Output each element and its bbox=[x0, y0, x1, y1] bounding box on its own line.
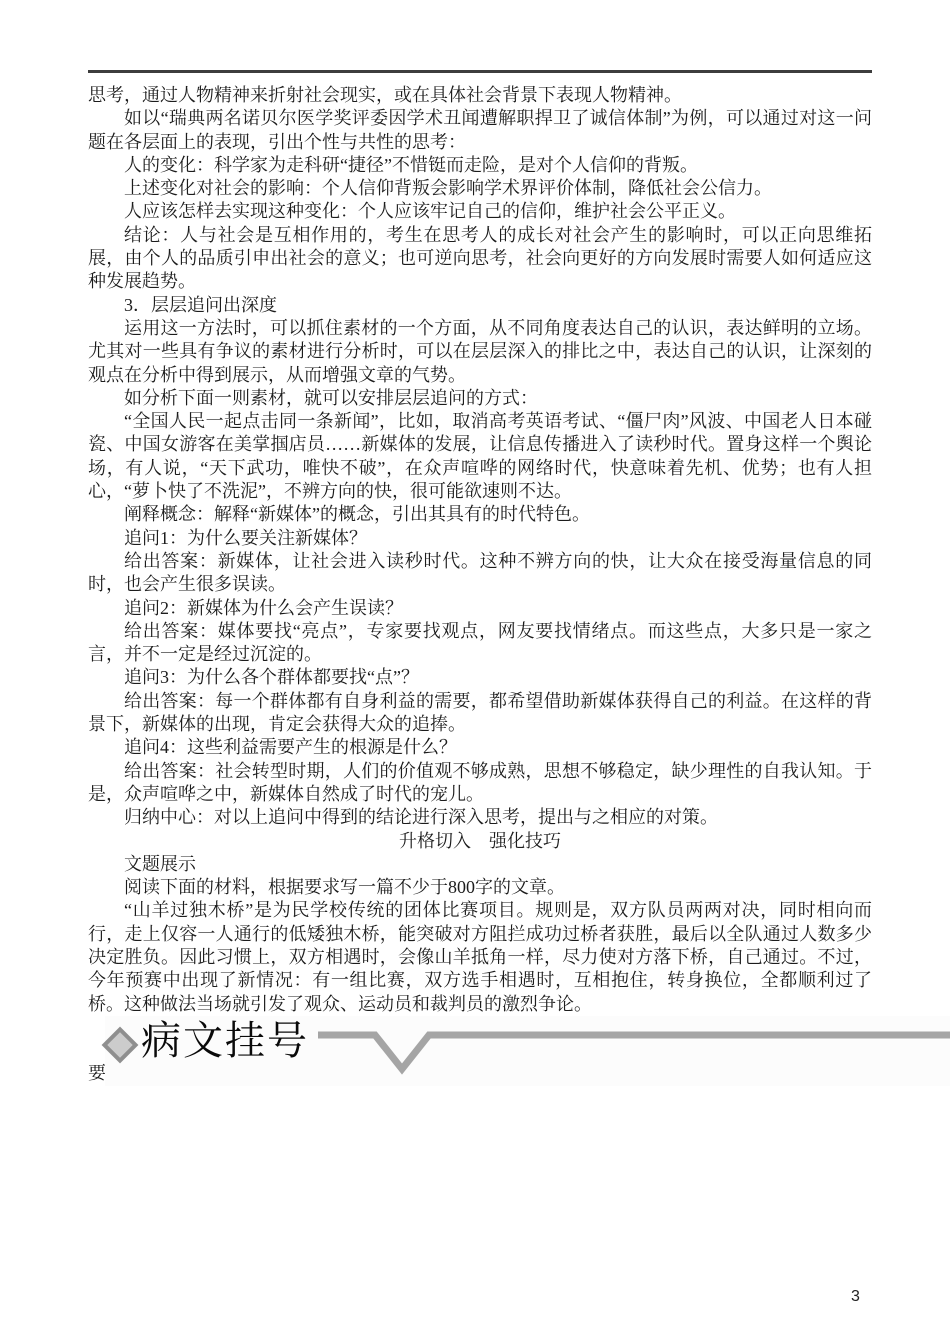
paragraph: 如分析下面一则素材，就可以安排层层追问的方式： bbox=[88, 387, 872, 410]
paragraph: 追问4：这些利益需要产生的根源是什么？ bbox=[88, 736, 872, 759]
paragraph: 人应该怎样去实现这种变化：个人应该牢记自己的信仰，维护社会公平正义。 bbox=[88, 200, 872, 223]
paragraph: 追问2：新媒体为什么会产生误读？ bbox=[88, 597, 872, 620]
page-number: 3 bbox=[851, 1288, 860, 1306]
section-banner: 病文挂号 bbox=[105, 1016, 950, 1086]
document-page: 思考，通过人物精神来折射社会现实，或在具体社会背景下表现人物精神。 如以“瑞典两… bbox=[0, 0, 950, 1344]
paragraph: 追问1：为什么要关注新媒体？ bbox=[88, 527, 872, 550]
paragraph: “山羊过独木桥”是为民学校传统的团体比赛项目。规则是，双方队员两两对决，同时相向… bbox=[88, 899, 872, 1015]
paragraph: 阅读下面的材料，根据要求写一篇不少于800字的文章。 bbox=[88, 876, 872, 899]
paragraph: 追问3：为什么各个群体都要找“点”？ bbox=[88, 666, 872, 689]
section-heading: 升格切入 强化技巧 bbox=[88, 830, 872, 853]
paragraph: 阐释概念：解释“新媒体”的概念，引出其具有的时代特色。 bbox=[88, 503, 872, 526]
banner-zigzag-rule bbox=[318, 1026, 950, 1082]
paragraph: 思考，通过人物精神来折射社会现实，或在具体社会背景下表现人物精神。 bbox=[88, 84, 872, 107]
paragraph: 给出答案：新媒体，让社会进入读秒时代。这种不辨方向的快，让大众在接受海量信息的同… bbox=[88, 550, 872, 597]
paragraph: 给出答案：社会转型时期，人们的价值观不够成熟，思想不够稳定，缺少理性的自我认知。… bbox=[88, 760, 872, 807]
header-rule bbox=[88, 70, 872, 73]
banner-title: 病文挂号 bbox=[141, 1016, 309, 1066]
paragraph: 上述变化对社会的影响：个人信仰背叛会影响学术界评价体制，降低社会公信力。 bbox=[88, 177, 872, 200]
subsection-title: 文题展示 bbox=[88, 853, 872, 876]
paragraph: 结论：人与社会是互相作用的，考生在思考人的成长对社会产生的影响时，可以正向思维拓… bbox=[88, 224, 872, 294]
paragraph: 人的变化：科学家为走科研“捷径”不惜铤而走险，是对个人信仰的背叛。 bbox=[88, 154, 872, 177]
paragraph: 如以“瑞典两名诺贝尔医学奖评委因学术丑闻遭解职捍卫了诚信体制”为例，可以通过对这… bbox=[88, 107, 872, 154]
diamond-icon bbox=[102, 1027, 139, 1064]
document-body: 思考，通过人物精神来折射社会现实，或在具体社会背景下表现人物精神。 如以“瑞典两… bbox=[88, 84, 872, 1086]
paragraph: 归纳中心：对以上追问中得到的结论进行深入思考，提出与之相应的对策。 bbox=[88, 806, 872, 829]
paragraph: 给出答案：媒体要找“亮点”，专家要找观点，网友要找情绪点。而这些点，大多只是一家… bbox=[88, 620, 872, 667]
paragraph: 给出答案：每一个群体都有自身利益的需要，都希望借助新媒体获得自己的利益。在这样的… bbox=[88, 690, 872, 737]
paragraph: “全国人民一起点击同一条新闻”，比如，取消高考英语考试、“僵尸肉”风波、中国老人… bbox=[88, 410, 872, 503]
method-heading: 3．层层追问出深度 bbox=[88, 294, 872, 317]
paragraph: 运用这一方法时，可以抓住素材的一个方面，从不同角度表达自己的认识，表达鲜明的立场… bbox=[88, 317, 872, 387]
